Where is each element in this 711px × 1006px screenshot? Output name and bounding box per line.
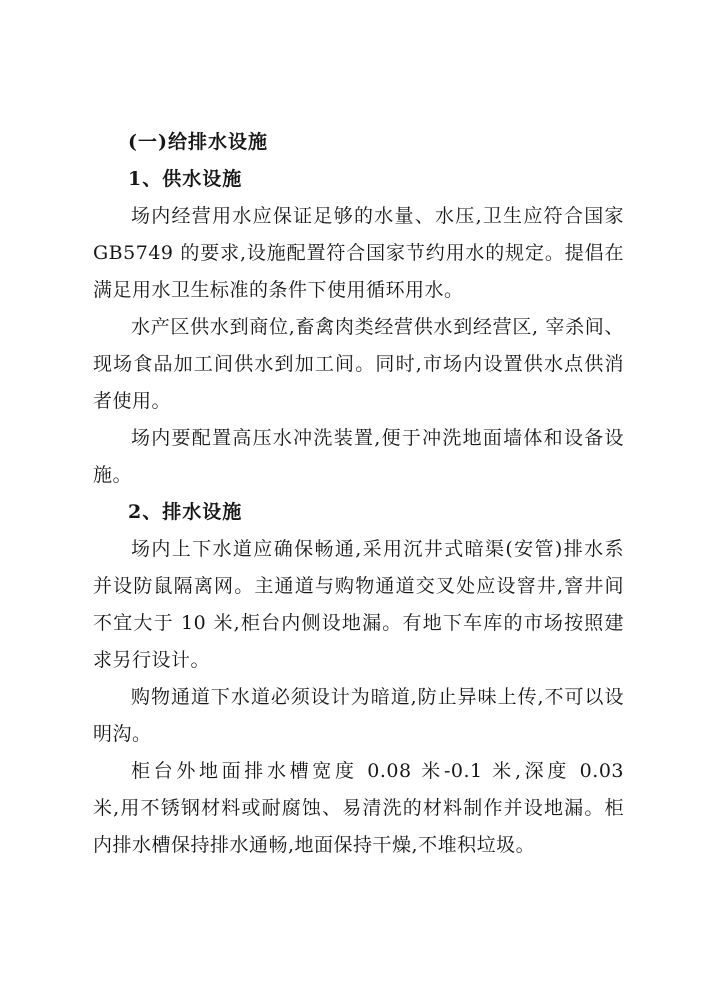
subsection-title-water-supply: 1、供水设施 bbox=[93, 161, 624, 198]
paragraph-line: 并设防鼠隔离网。主通道与购物通道交叉处应设窨井,窨井间距 bbox=[93, 568, 624, 605]
document-page: (一)给排水设施 1、供水设施 场内经营用水应保证足够的水量、水压,卫生应符合国… bbox=[0, 0, 711, 1006]
paragraph-line: GB5749 的要求,设施配置符合国家节约用水的规定。提倡在保证 bbox=[93, 235, 624, 272]
paragraph-line: 内排水槽保持排水通畅,地面保持干燥,不堆积垃圾。 bbox=[93, 827, 624, 864]
section-heading: (一)给排水设施 bbox=[93, 124, 624, 161]
paragraph-line: 米,用不锈钢材料或耐腐蚀、易清洗的材料制作并设地漏。柜台 bbox=[93, 790, 624, 827]
document-content: (一)给排水设施 1、供水设施 场内经营用水应保证足够的水量、水压,卫生应符合国… bbox=[93, 124, 624, 864]
paragraph-line: 场内上下水道应确保畅通,采用沉井式暗渠(安管)排水系统, bbox=[93, 531, 624, 568]
paragraph-line: 现场食品加工间供水到加工间。同时,市场内设置供水点供消费 bbox=[93, 346, 624, 383]
subsection-title-drainage: 2、排水设施 bbox=[93, 494, 624, 531]
paragraph-line: 柜台外地面排水槽宽度 0.08 米-0.1 米,深度 0.03 米-0.05 bbox=[93, 753, 624, 790]
paragraph-line: 施。 bbox=[93, 457, 624, 494]
paragraph-line: 场内要配置高压水冲洗装置,便于冲洗地面墙体和设备设 bbox=[93, 420, 624, 457]
paragraph-line: 明沟。 bbox=[93, 716, 624, 753]
paragraph-line: 满足用水卫生标准的条件下使用循环用水。 bbox=[93, 272, 624, 309]
paragraph-line: 场内经营用水应保证足够的水量、水压,卫生应符合国家 bbox=[93, 198, 624, 235]
paragraph-line: 者使用。 bbox=[93, 383, 624, 420]
paragraph-line: 不宜大于 10 米,柜台内侧设地漏。有地下车库的市场按照建筑要 bbox=[93, 605, 624, 642]
paragraph-line: 求另行设计。 bbox=[93, 642, 624, 679]
paragraph-line: 购物通道下水道必须设计为暗道,防止异味上传,不可以设 bbox=[93, 679, 624, 716]
paragraph-line: 水产区供水到商位,畜禽肉类经营供水到经营区, 宰杀间、 bbox=[93, 309, 624, 346]
